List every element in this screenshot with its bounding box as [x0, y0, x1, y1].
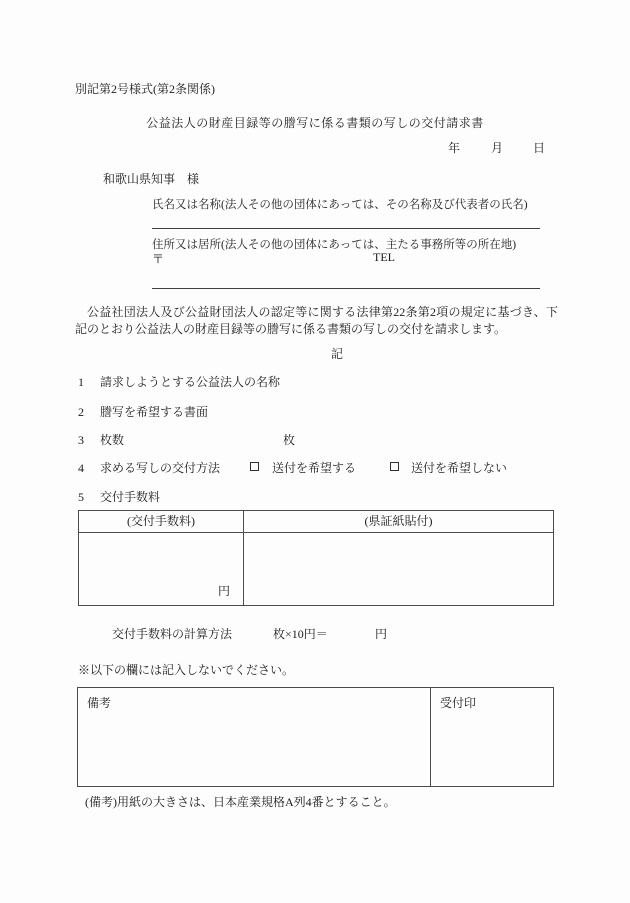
item-number: 2: [78, 405, 100, 420]
paper-size-note: (備考)用紙の大きさは、日本産業規格A列4番とすること。: [85, 793, 396, 810]
stamp-header-cell: (県証紙貼付): [244, 511, 553, 532]
fee-calculation-formula: 枚×10円＝: [273, 625, 328, 642]
list-marker: 記: [331, 345, 343, 362]
form-number: 別記第2号様式(第2条関係): [75, 80, 215, 97]
item-number: 1: [78, 375, 100, 390]
item-label: 請求しようとする公益法人の名称: [100, 375, 280, 389]
item-corporation-name: 1請求しようとする公益法人の名称: [78, 373, 568, 390]
document-title: 公益法人の財産目録等の謄写に係る書類の写しの交付請求書: [0, 114, 630, 131]
item-number: 3: [78, 433, 100, 448]
postal-mark: 〒: [152, 250, 164, 267]
addressee: 和歌山県知事 様: [103, 170, 199, 187]
checkbox-delivery-no[interactable]: [390, 462, 399, 471]
receipt-stamp-cell[interactable]: 受付印: [431, 688, 553, 786]
applicant-address-label: 住所又は居所(法人その他の団体にあっては、主たる事務所等の所在地): [152, 236, 516, 252]
item-label: 謄写を希望する書面: [100, 405, 208, 419]
fee-calculation-unit: 円: [375, 625, 387, 642]
delivery-yes-label: 送付を希望する: [272, 459, 356, 476]
date-year-label: 年: [448, 139, 460, 156]
fee-amount-cell[interactable]: 円: [79, 533, 244, 605]
date-day-label: 日: [533, 139, 545, 156]
item-delivery-method: 4求める写しの交付方法 送付を希望する 送付を希望しない: [78, 459, 568, 476]
name-input-line[interactable]: [152, 228, 540, 229]
item-label: 求める写しの交付方法: [100, 461, 220, 475]
checkbox-delivery-yes[interactable]: [250, 462, 259, 471]
fee-calculation-label: 交付手数料の計算方法: [112, 625, 232, 642]
applicant-name-label: 氏名又は名称(法人その他の団体にあっては、その名称及び代表者の氏名): [152, 196, 528, 212]
currency-unit-label: 円: [218, 582, 230, 599]
item-sheet-count: 3枚数 枚: [78, 431, 568, 448]
item-number: 4: [78, 461, 100, 476]
item-label: 枚数: [100, 433, 124, 447]
fee-table-header-row: (交付手数料) (県証紙貼付): [79, 511, 553, 533]
fee-table-body-row: 円: [79, 533, 553, 605]
address-input-line[interactable]: [152, 288, 540, 289]
delivery-no-label: 送付を希望しない: [411, 459, 507, 476]
request-form-document: 別記第2号様式(第2条関係) 公益法人の財産目録等の謄写に係る書類の写しの交付請…: [0, 0, 630, 903]
fee-table: (交付手数料) (県証紙貼付) 円: [78, 510, 554, 606]
item-issuance-fee: 5交付手数料: [78, 488, 568, 505]
receipt-stamp-label: 受付印: [440, 696, 476, 710]
stamp-area-cell[interactable]: [244, 533, 553, 605]
date-month-label: 月: [491, 139, 503, 156]
remarks-cell[interactable]: 備考: [78, 688, 431, 786]
item-label: 交付手数料: [100, 490, 160, 504]
fee-header-cell: (交付手数料): [79, 511, 244, 532]
office-use-note: ※以下の欄には記入しないでください。: [78, 661, 294, 678]
office-use-table: 備考 受付印: [77, 687, 554, 787]
item-number: 5: [78, 490, 100, 505]
sheet-unit-label: 枚: [283, 431, 295, 448]
tel-label: TEL: [373, 250, 395, 265]
request-statement: 公益社団法人及び公益財団法人の認定等に関する法律第22条第2項の規定に基づき、下…: [75, 304, 558, 337]
remarks-label: 備考: [87, 696, 111, 710]
item-documents-requested: 2謄写を希望する書面: [78, 403, 568, 420]
